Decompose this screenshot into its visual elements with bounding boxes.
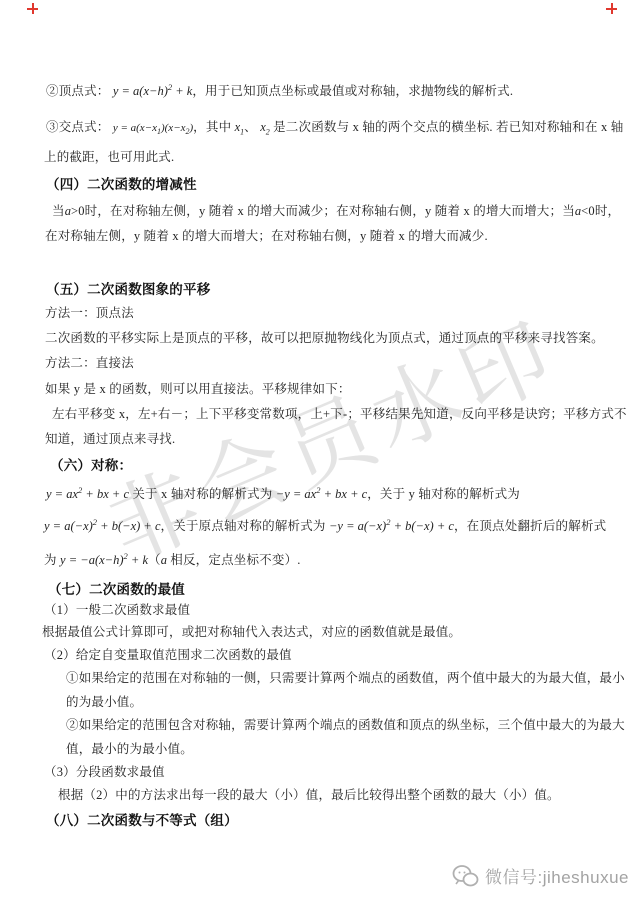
document-page: 非会员水印 ②顶点式： y = a(x−h)2 + k，用于已知顶点坐标或最值或… <box>0 0 640 906</box>
text-line: ①如果给定的范围在对称轴的一侧，只需要计算两个端点的函数值，两个值中最大的为最大… <box>66 670 625 687</box>
text-segment: <0时， <box>581 204 620 218</box>
text-segment: 上的截距，也可用此式. <box>44 150 174 164</box>
text-line: 上的截距，也可用此式. <box>44 149 174 166</box>
text-segment: （八）二次函数与不等式（组） <box>46 813 238 828</box>
text-segment: ，用于已知顶点坐标或最值或对称轴，求抛物线的解析式. <box>192 84 513 98</box>
text-segment: （ <box>148 553 161 567</box>
text-segment: 如果 y 是 x 的函数，则可以用直接法。平移规律如下： <box>45 382 351 396</box>
text-line: 根据最值公式计算即可，或把对称轴代入表达式，对应的函数值就是最值。 <box>42 624 461 641</box>
text-segment: >0时，在对称轴左侧，y 随着 x 的增大而减少；在对称轴右侧，y 随着 x 的… <box>71 204 575 218</box>
text-line: 方法二：直接法 <box>45 355 134 372</box>
text-line: y = a(−x)2 + b(−x) + c，关于原点轴对称的解析式为 −y =… <box>44 518 606 535</box>
section-heading: （五）二次函数图象的平移 <box>46 281 210 298</box>
text-segment: ，在顶点处翻折后的解析式 <box>454 519 606 533</box>
math-formula: y = a(−x)2 + b(−x) + c <box>44 519 161 533</box>
text-line: 二次函数的平移实际上是顶点的平移，故可以把原抛物线化为顶点式，通过顶点的平移来寻… <box>45 330 604 347</box>
text-segment: ，关于原点轴对称的解析式为 <box>161 519 329 533</box>
text-line: y = ax2 + bx + c 关于 x 轴对称的解析式为 −y = ax2 … <box>46 486 520 503</box>
text-line: 知道，通过顶点来寻找. <box>45 431 175 448</box>
text-segment: 在对称轴左侧，y 随着 x 的增大而增大；在对称轴右侧，y 随着 x 的增大而减… <box>45 229 488 243</box>
text-segment: 的为最小值。 <box>66 695 142 709</box>
section-heading: （四）二次函数的增减性 <box>46 176 197 193</box>
text-line: 当a>0时，在对称轴左侧，y 随着 x 的增大而减少；在对称轴右侧，y 随着 x… <box>52 203 620 220</box>
text-line: 如果 y 是 x 的函数，则可以用直接法。平移规律如下： <box>45 381 351 398</box>
text-line: 为 y = −a(x−h)2 + k（a 相反，定点坐标不变）. <box>44 552 301 569</box>
text-segment: （五）二次函数图象的平移 <box>46 282 210 297</box>
text-segment: ③交点式： <box>46 120 113 134</box>
document-body: ②顶点式： y = a(x−h)2 + k，用于已知顶点坐标或最值或对称轴，求抛… <box>0 0 640 906</box>
text-segment: 关于 x 轴对称的解析式为 <box>129 487 276 501</box>
text-segment: （1）一般二次函数求最值 <box>44 603 190 617</box>
math-formula: x2 <box>260 120 270 134</box>
text-line: 根据（2）中的方法求出每一段的最大（小）值，最后比较得出整个函数的最大（小）值。 <box>58 787 560 804</box>
wechat-footer: 微信号:jiheshuxue <box>452 863 629 888</box>
text-line: 左右平移变 x，左+右－；上下平移变常数项，上+下-；平移结果先知道，反向平移是… <box>52 406 627 423</box>
text-segment: ，其中 <box>193 120 234 134</box>
text-segment: ①如果给定的范围在对称轴的一侧，只需要计算两个端点的函数值，两个值中最大的为最大… <box>66 671 625 685</box>
text-segment: （六）对称： <box>50 458 132 473</box>
math-formula: y = −a(x−h)2 + k <box>60 553 148 567</box>
text-line: 值，最小的为最小值。 <box>66 741 193 758</box>
text-line: ②如果给定的范围包含对称轴，需要计算两个端点的函数值和顶点的纵坐标，三个值中最大… <box>66 717 625 734</box>
text-line: 方法一：顶点法 <box>45 305 134 322</box>
text-segment: 知道，通过顶点来寻找. <box>45 432 175 446</box>
math-formula: y = ax2 + bx + c <box>46 487 129 501</box>
text-segment: ②顶点式： <box>46 84 113 98</box>
section-heading: （六）对称： <box>50 457 132 474</box>
math-formula: −y = ax2 + bx + c <box>276 487 367 501</box>
math-formula: x1 <box>235 120 245 134</box>
text-line: 的为最小值。 <box>66 694 142 711</box>
text-segment: （2）给定自变量取值范围求二次函数的最值 <box>44 648 292 662</box>
text-segment: （3）分段函数求最值 <box>44 765 165 779</box>
text-line: ③交点式： y = a(x−x1)(x−x2)，其中 x1、 x2 是二次函数与… <box>46 119 623 137</box>
text-segment: 左右平移变 x，左+右－；上下平移变常数项，上+下-；平移结果先知道，反向平移是… <box>52 407 627 421</box>
text-segment: （七）二次函数的最值 <box>48 582 185 597</box>
text-segment: ②如果给定的范围包含对称轴，需要计算两个端点的函数值和顶点的纵坐标，三个值中最大… <box>66 718 625 732</box>
wechat-id-label: 微信号:jiheshuxue <box>485 863 629 888</box>
text-line: 在对称轴左侧，y 随着 x 的增大而增大；在对称轴右侧，y 随着 x 的增大而减… <box>45 228 488 245</box>
text-segment: 当 <box>52 204 65 218</box>
text-line: （3）分段函数求最值 <box>44 764 165 781</box>
text-segment: （四）二次函数的增减性 <box>46 177 197 192</box>
text-line: （1）一般二次函数求最值 <box>44 602 190 619</box>
text-segment: 为 <box>44 553 60 567</box>
text-segment: 、 <box>244 120 260 134</box>
text-line: （2）给定自变量取值范围求二次函数的最值 <box>44 647 292 664</box>
text-segment: 是二次函数与 x 轴的两个交点的横坐标. 若已知对称轴和在 x 轴 <box>270 120 624 134</box>
text-segment: 方法一：顶点法 <box>45 306 134 320</box>
text-line: ②顶点式： y = a(x−h)2 + k，用于已知顶点坐标或最值或对称轴，求抛… <box>46 83 513 100</box>
text-segment: 根据（2）中的方法求出每一段的最大（小）值，最后比较得出整个函数的最大（小）值。 <box>58 788 560 802</box>
section-heading: （八）二次函数与不等式（组） <box>46 812 238 829</box>
text-segment: 根据最值公式计算即可，或把对称轴代入表达式，对应的函数值就是最值。 <box>42 625 461 639</box>
text-segment: 方法二：直接法 <box>45 356 134 370</box>
math-formula: −y = a(−x)2 + b(−x) + c <box>329 519 454 533</box>
section-heading: （七）二次函数的最值 <box>48 581 185 598</box>
wechat-icon <box>452 864 479 888</box>
text-segment: 值，最小的为最小值。 <box>66 742 193 756</box>
text-segment: 相反，定点坐标不变）. <box>167 553 301 567</box>
text-segment: ，关于 y 轴对称的解析式为 <box>367 487 520 501</box>
math-formula: y = a(x−x1)(x−x2) <box>113 122 193 134</box>
math-formula: y = a(x−h)2 + k <box>113 84 193 98</box>
text-segment: 二次函数的平移实际上是顶点的平移，故可以把原抛物线化为顶点式，通过顶点的平移来寻… <box>45 331 604 345</box>
